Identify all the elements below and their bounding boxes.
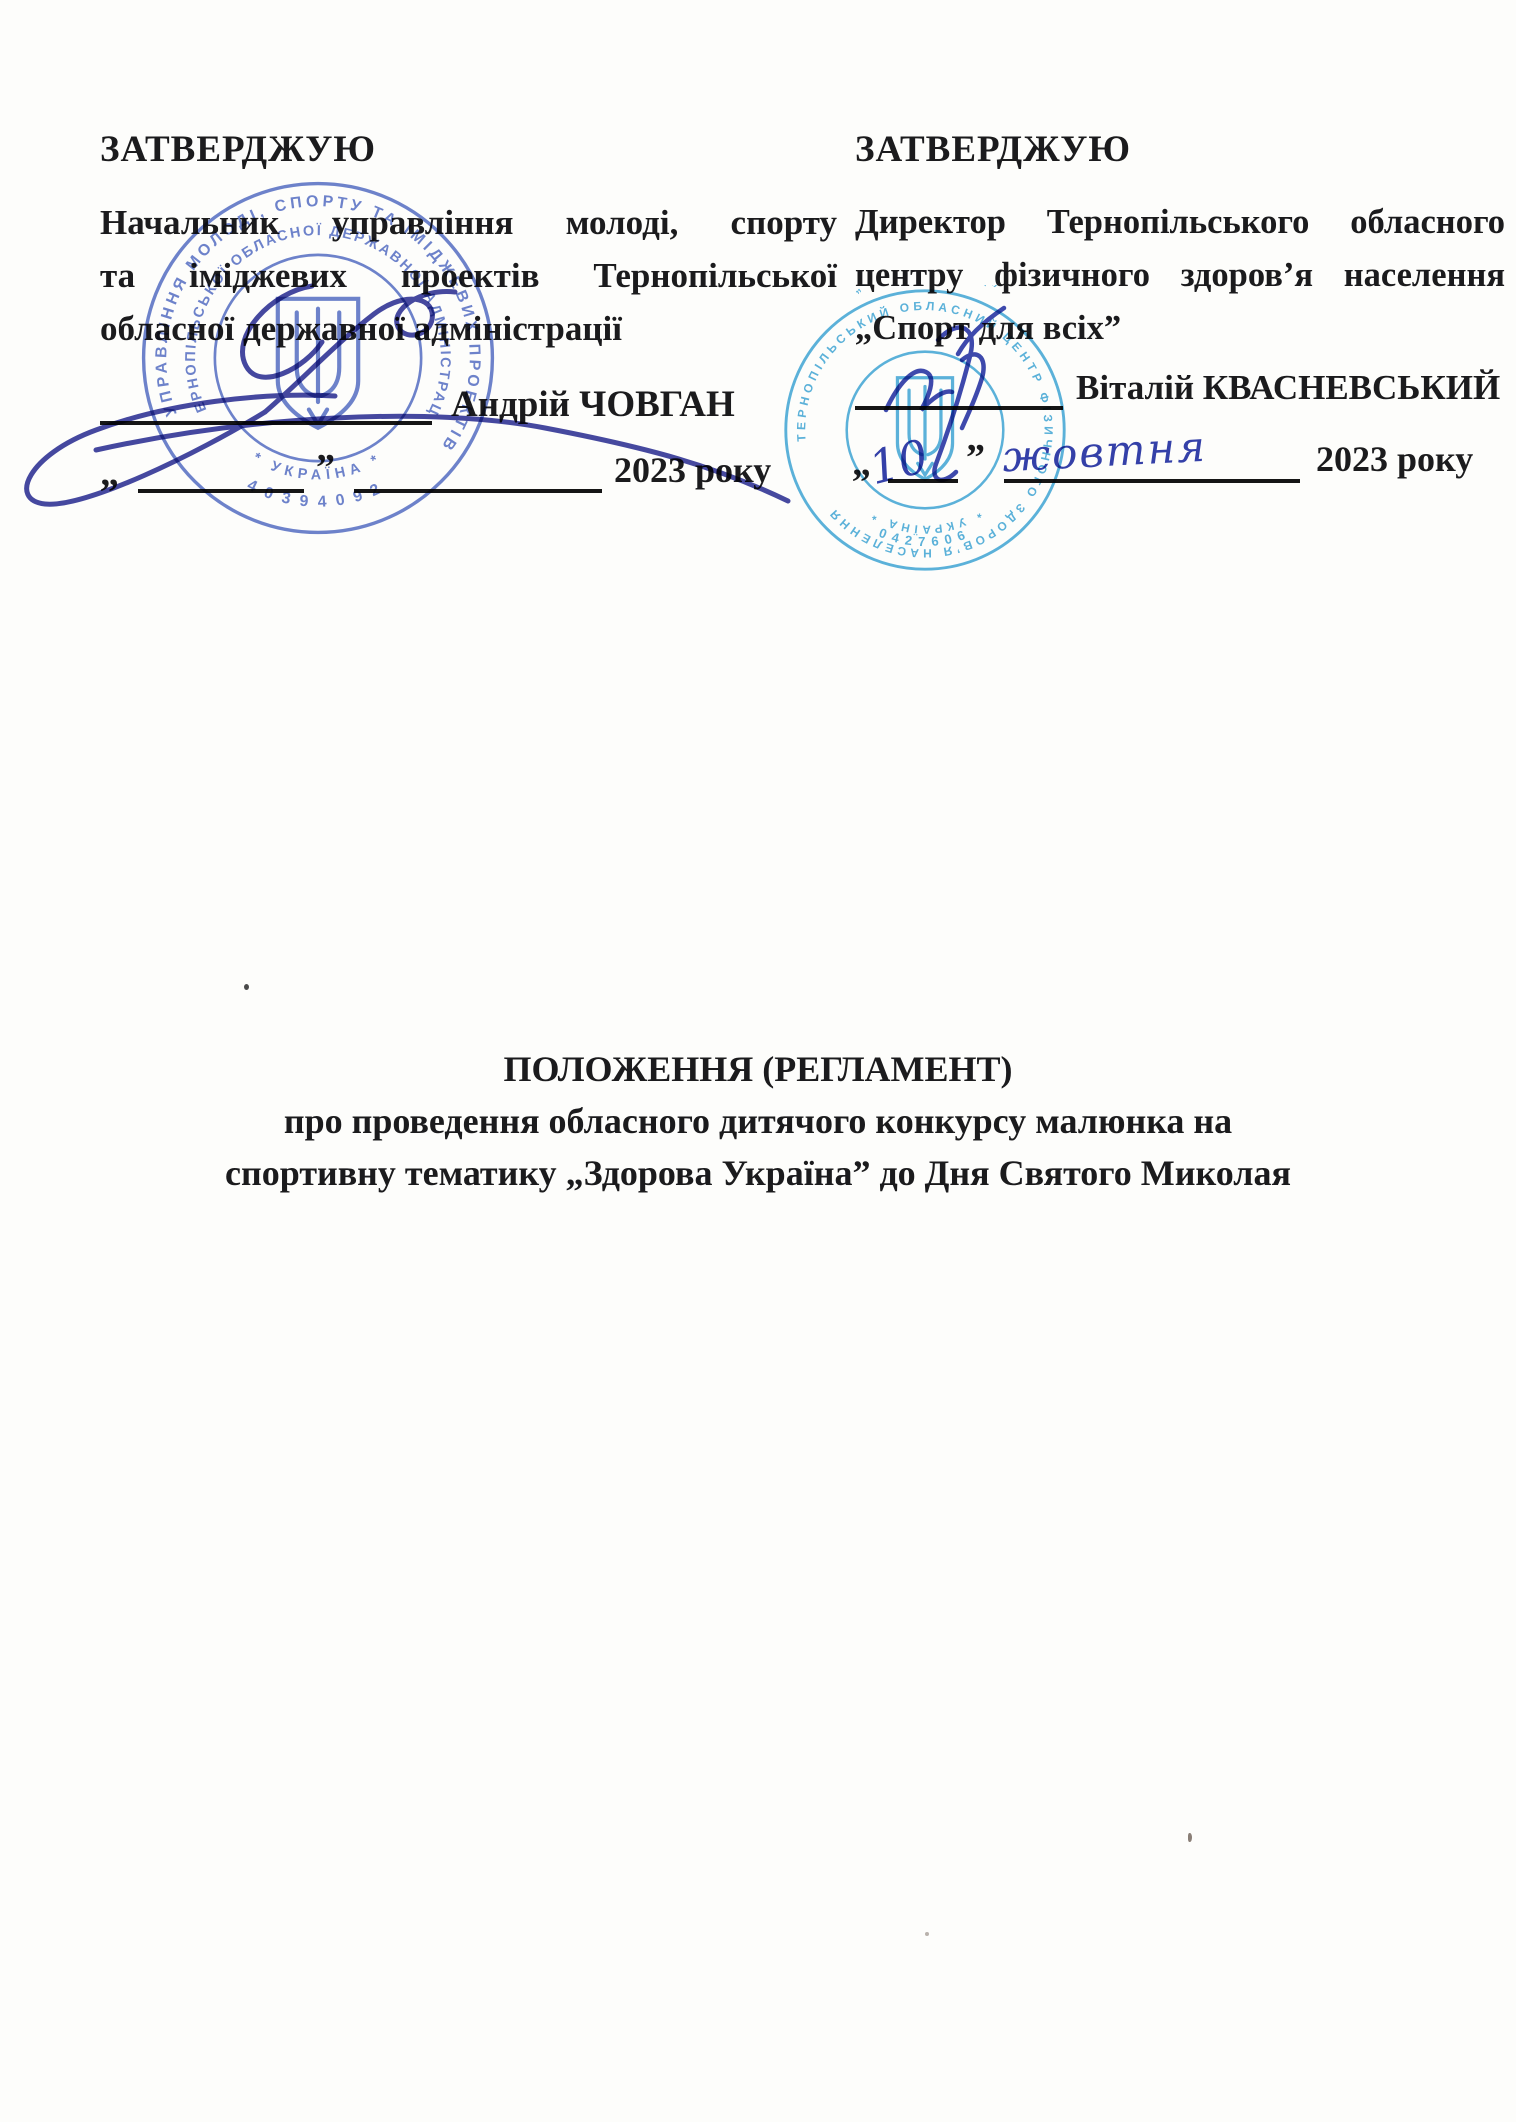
scanned-document-page: ЗАТВЕРДЖУЮ Начальник управління молоді, … bbox=[0, 0, 1516, 2122]
scan-speck bbox=[1188, 1833, 1192, 1842]
title-line-2: про проведення обласного дитячого конкур… bbox=[0, 1095, 1516, 1147]
handwritten-date: 10 жовтня bbox=[864, 422, 1209, 496]
document-title: ПОЛОЖЕННЯ (РЕГЛАМЕНТ) про проведення обл… bbox=[0, 1043, 1516, 1199]
handwritten-month: жовтня bbox=[1001, 422, 1208, 482]
title-line-1: ПОЛОЖЕННЯ (РЕГЛАМЕНТ) bbox=[0, 1043, 1516, 1095]
scan-speck bbox=[925, 1932, 929, 1936]
handwritten-day: 10 bbox=[864, 429, 934, 496]
signature-left bbox=[27, 286, 788, 504]
scan-speck bbox=[244, 984, 249, 990]
ink-layer: 10 жовтня bbox=[0, 0, 1516, 700]
title-line-3: спортивну тематику „Здорова Україна” до … bbox=[0, 1147, 1516, 1199]
